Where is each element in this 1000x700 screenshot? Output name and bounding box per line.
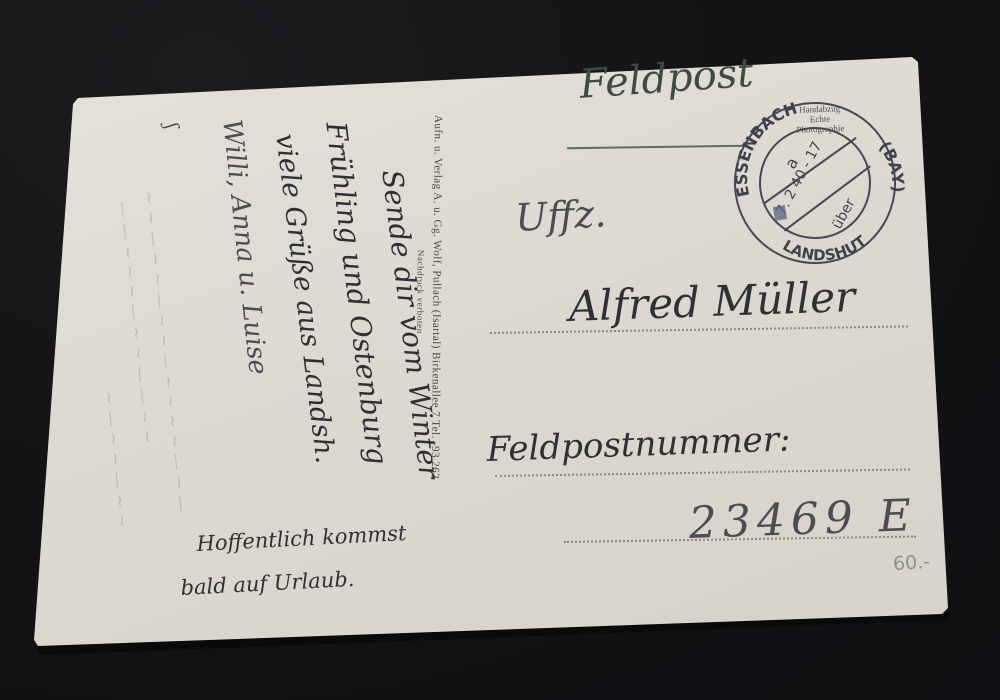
address-rank: Uffz.	[514, 191, 607, 240]
postmark-town-bottom: LANDSHUT	[778, 225, 872, 268]
postmark-stamp: ESSENBACH (BAY) LANDSHUT a 7. 2 40 - 17 …	[722, 98, 908, 268]
reprint-notice: Nachdruck verboten	[414, 115, 427, 479]
publisher-line: Aufn. u. Verlag A. u. Gg. Wolf, Pullach …	[429, 115, 444, 479]
svg-text:(BAY): (BAY)	[874, 136, 908, 196]
postmark-bay: (BAY)	[874, 136, 908, 196]
address-name: Alfred Müller	[568, 272, 856, 331]
postmark-via: über	[829, 196, 858, 232]
price-note: 60.-	[892, 551, 931, 576]
svg-text:LANDSHUT: LANDSHUT	[778, 225, 872, 268]
publisher-imprint: Aufn. u. Verlag A. u. Gg. Wolf, Pullach …	[414, 115, 448, 480]
photo-scene: — — ~ ~ ~ — ~ ~ — — ~ ~ ~ ~ — ~ ~ — ~ ~ …	[0, 0, 1000, 700]
